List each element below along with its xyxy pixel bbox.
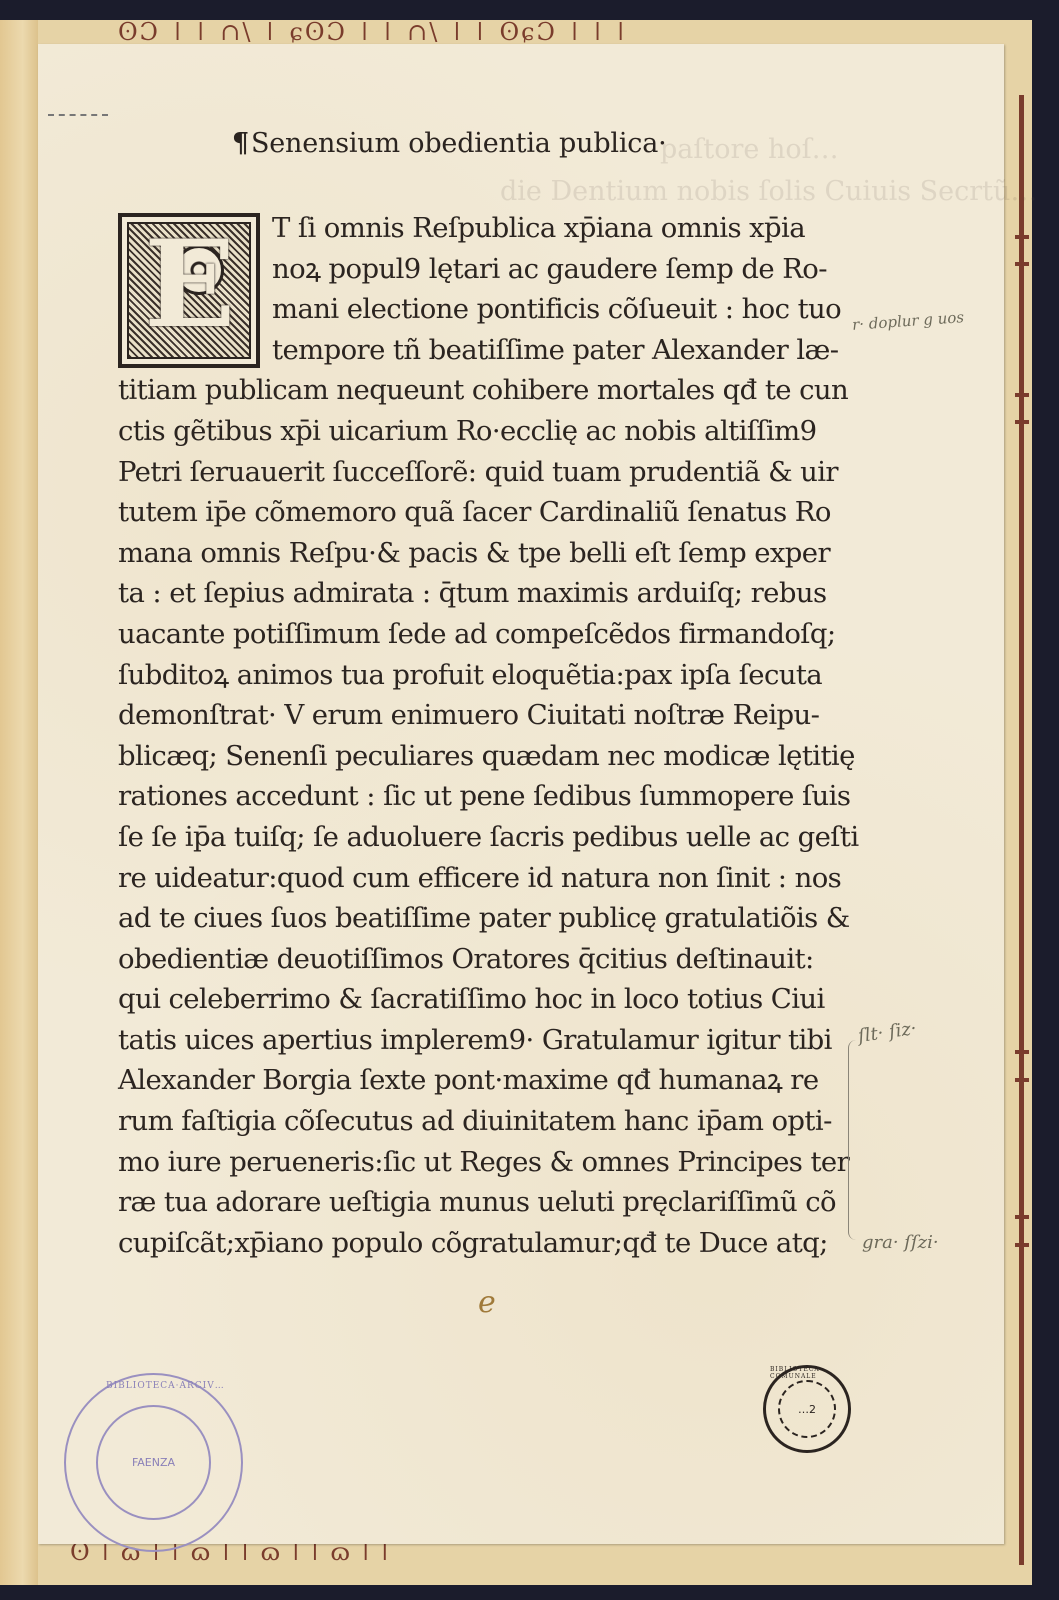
- library-stamp-comunale: BIBLIOTECA COMUNALE …2: [763, 1365, 851, 1453]
- text-line: mo iure perueneris:ſic ut Reges & omnes …: [118, 1142, 838, 1183]
- paragraph-mark-icon: ¶: [232, 128, 249, 159]
- border-tick: [1015, 1050, 1029, 1054]
- text-line: rum faſtigia cõſecutus ad diuinitatem ha…: [118, 1101, 838, 1142]
- binding-spine: [0, 20, 38, 1585]
- border-tick: [1015, 420, 1029, 424]
- bleed-through-text: die Dentium nobis ſolis Cuiuis Secrtũ…: [500, 176, 1037, 207]
- text-line: noꝝ popul9 lętari ac gaudere ſemp de Ro-: [118, 249, 838, 290]
- border-tick: [1015, 393, 1029, 397]
- text-line: rationes accedunt : ſic ut pene ſedibus …: [118, 776, 838, 817]
- text-line: ſe ſe ip̄a tuiſq; ſe aduoluere ſacris pe…: [118, 817, 838, 858]
- ornamental-border-top: ʘƆǀǀ∩\ǀɕʘƆǀǀ∩\ǀǀʘɕƆǀǀǀ: [118, 20, 968, 44]
- ornamental-border-right: [1019, 95, 1024, 1565]
- text-line: ræ tua adorare ueſtigia munus ueluti prę…: [118, 1182, 838, 1223]
- border-tick: [1015, 1078, 1029, 1082]
- text-line: mana omnis Reſpu·& pacis & tpe belli eſt…: [118, 533, 838, 574]
- bleed-through-text: paſtore hoſ…: [660, 134, 839, 165]
- text-line: obedientiæ deuotiſſimos Oratores q̄citiu…: [118, 939, 838, 980]
- ornamental-border-bottom: ʘǀɷǀǀɷǀǀɷǀǀɷǀǀ: [70, 1540, 950, 1570]
- text-line: T ſi omnis Reſpublica xp̄iana omnis xp̄i…: [118, 208, 838, 249]
- page-title: ¶Senensium obedientia publica·: [232, 128, 666, 159]
- border-tick: [1015, 1243, 1029, 1247]
- stamp-ring-text: BIBLIOTECA COMUNALE: [770, 1366, 848, 1380]
- text-line: cupiſcãt;xp̄iano populo cõgratulamur;qđ …: [118, 1223, 838, 1264]
- margin-mark: [48, 114, 108, 118]
- text-line: mani electione pontificis cõſueuit : hoc…: [118, 289, 838, 330]
- text-line: blicæq; Senenſi peculiares quædam nec mo…: [118, 736, 838, 777]
- text-line: tatis uices apertius implerem9· Gratulam…: [118, 1020, 838, 1061]
- text-line: tutem ip̄e cõmemoro quã ſacer Cardinaliũ…: [118, 492, 838, 533]
- text-line: ad te ciues ſuos beatiſſime pater public…: [118, 898, 838, 939]
- stamp-center-text: …2: [798, 1403, 816, 1416]
- border-tick: [1015, 1215, 1029, 1219]
- border-tick: [1015, 262, 1029, 266]
- text-line: ta : et ſepius admirata : q̄tum maximis …: [118, 573, 838, 614]
- stamp-ring-text: BIBLIOTECA·ARCIV…: [106, 1381, 225, 1391]
- text-line: demonſtrat· V erum enimuero Ciuitati noſ…: [118, 695, 838, 736]
- marginal-bracket: [848, 1040, 859, 1240]
- marginal-note: gra· ſſzi·: [862, 1232, 939, 1253]
- text-line: ſubditoꝝ animos tua profuit eloquẽtia:pa…: [118, 655, 838, 696]
- text-line: re uideatur:quod cum efficere id natura …: [118, 858, 838, 899]
- text-line: ctis gẽtibus xp̄i uicarium Ro·ecclię ac …: [118, 411, 838, 452]
- text-line: uacante potiſſimum ſede ad compeſcẽdos f…: [118, 614, 838, 655]
- text-line: titiam publicam nequeunt cohibere mortal…: [118, 370, 838, 411]
- text-line: qui celeberrimo & ſacratiſſimo hoc in lo…: [118, 979, 838, 1020]
- signature-mark: e: [478, 1285, 496, 1320]
- border-tick: [1015, 235, 1029, 239]
- text-line: tempore tñ beatiſſime pater Alexander læ…: [118, 330, 838, 371]
- text-line: Petri ſeruauerit ſucceſſorẽ: quid tuam p…: [118, 452, 838, 493]
- text-line: Alexander Borgia ſexte pont·maxime qđ hu…: [118, 1060, 838, 1101]
- stamp-center-text: FAENZA: [132, 1456, 175, 1469]
- title-text: Senensium obedientia publica·: [251, 128, 667, 159]
- body-text: T ſi omnis Reſpublica xp̄iana omnis xp̄i…: [118, 208, 838, 1263]
- library-stamp-faenza: BIBLIOTECA·ARCIV… FAENZA: [64, 1373, 243, 1552]
